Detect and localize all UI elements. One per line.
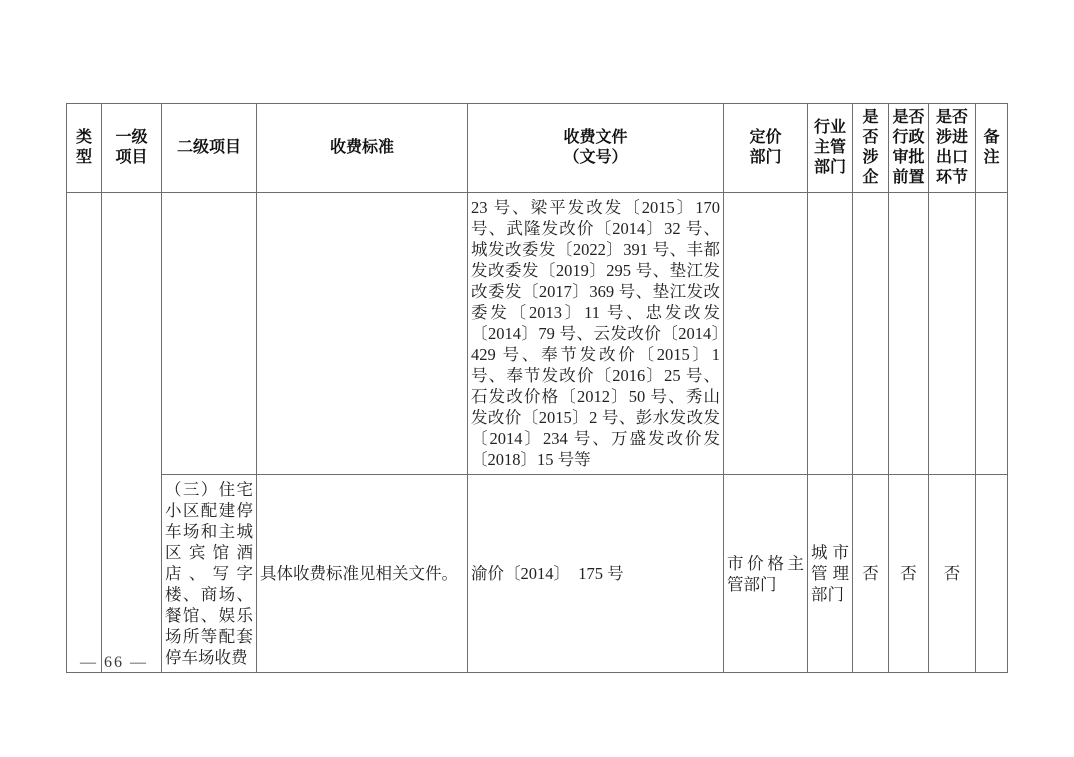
cell-admin-approval: 否	[889, 475, 929, 673]
cell-admin-approval-cont	[889, 193, 929, 475]
table-row-continuation: 23 号、梁平发改发〔2015〕170 号、武隆发改价〔2014〕32 号、城发…	[67, 193, 1008, 475]
table-header-row: 类 型 一级 项目 二级项目 收费标准 收费文件 （文号） 定价 部门 行业 主…	[67, 104, 1008, 193]
table-row-parking-fee: （三）住宅小区配建停车场和主城区宾馆酒店、写字楼、商场、餐馆、娱乐场所等配套停车…	[67, 475, 1008, 673]
cell-import-export: 否	[929, 475, 976, 673]
cell-level2: （三）住宅小区配建停车场和主城区宾馆酒店、写字楼、商场、餐馆、娱乐场所等配套停车…	[162, 475, 257, 673]
header-cell-standard: 收费标准	[257, 104, 468, 193]
cell-remark	[976, 475, 1008, 673]
cell-involves-enterprise: 否	[853, 475, 889, 673]
header-cell-pricing-dept: 定价 部门	[724, 104, 808, 193]
cell-level2-cont	[162, 193, 257, 475]
cell-document-cont: 23 号、梁平发改发〔2015〕170 号、武隆发改价〔2014〕32 号、城发…	[468, 193, 724, 475]
cell-industry-dept-cont	[808, 193, 853, 475]
cell-type	[67, 193, 102, 673]
cell-standard-cont	[257, 193, 468, 475]
header-cell-document: 收费文件 （文号）	[468, 104, 724, 193]
header-cell-admin-approval: 是否 行政 审批 前置	[889, 104, 929, 193]
header-cell-remark: 备 注	[976, 104, 1008, 193]
header-cell-industry-dept: 行业 主管 部门	[808, 104, 853, 193]
document-page: 类 型 一级 项目 二级项目 收费标准 收费文件 （文号） 定价 部门 行业 主…	[0, 0, 1074, 757]
cell-pricing-dept: 市价格主管部门	[724, 475, 808, 673]
cell-remark-cont	[976, 193, 1008, 475]
header-cell-level2: 二级项目	[162, 104, 257, 193]
cell-pricing-dept-cont	[724, 193, 808, 475]
cell-involves-enterprise-cont	[853, 193, 889, 475]
page-number: — 66 —	[80, 654, 148, 672]
header-cell-level1: 一级 项目	[102, 104, 162, 193]
fee-schedule-table: 类 型 一级 项目 二级项目 收费标准 收费文件 （文号） 定价 部门 行业 主…	[66, 103, 1008, 673]
cell-import-export-cont	[929, 193, 976, 475]
cell-document: 渝价〔2014〕 175 号	[468, 475, 724, 673]
cell-standard: 具体收费标准见相关文件。	[257, 475, 468, 673]
header-cell-involves-enterprise: 是 否 涉 企	[853, 104, 889, 193]
cell-level1	[102, 193, 162, 673]
header-cell-import-export: 是否 涉进 出口 环节	[929, 104, 976, 193]
header-cell-type: 类 型	[67, 104, 102, 193]
cell-industry-dept: 城市管理部门	[808, 475, 853, 673]
